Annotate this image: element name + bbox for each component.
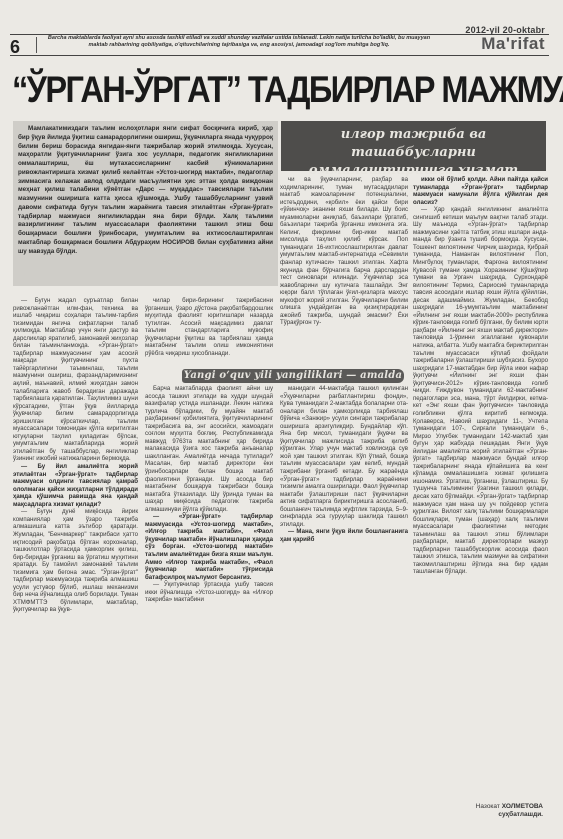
article-column-3-top: чи ва ўқувчиларнинг, раҳбар ва ходимлари… xyxy=(280,176,408,366)
header-divider xyxy=(36,37,37,53)
answer-paragraph: — Бугун жадал суръатлар билан ривожланаё… xyxy=(13,297,138,463)
article-column-2-bottom: Барча мактабларда фаолият айни шу асосда… xyxy=(145,385,273,839)
closing-question: — Мана, янги ўқув йили бошланганига ҳам … xyxy=(280,528,408,543)
newspaper-page: 2012-yil 20-oktabr 6 Barcha maktablarda … xyxy=(0,0,563,839)
question-paragraph: — Бу йил амалиётга жорий этилаётган «Ўрг… xyxy=(13,463,138,508)
byline-last-name: ХОЛМЕТОВА xyxy=(502,803,543,810)
body-paragraph: чи ва ўқувчиларнинг, раҳбар ва ходимлари… xyxy=(280,176,408,327)
article-subtitle: илғор тажриба ва ташаббусларни оммалашти… xyxy=(281,121,546,171)
article-lead: Мамлакатимиздаги таълим ислоҳотлари янги… xyxy=(13,121,278,286)
answer-paragraph: — Ўқитувчилар ўртасида ушбу тавсия икки … xyxy=(145,581,273,604)
page-number: 6 xyxy=(10,37,20,58)
byline-first-name: Назокат xyxy=(476,803,500,810)
body-paragraph: манидаги 44-мактабда ташкил қилинган «Ўқ… xyxy=(280,385,408,528)
body-paragraph: чилар бири-бирининг тажрибасини ўрганиши… xyxy=(145,297,273,357)
article-column-3-bottom: манидаги 44-мактабда ташкил қилинган «Ўқ… xyxy=(280,385,408,839)
subtitle-line-1: илғор тажриба ва ташаббусларни xyxy=(281,126,546,162)
article-column-4: икки ой бўлиб қолди. Айни пайтда қайси т… xyxy=(413,176,548,776)
question-paragraph: икки ой бўлиб қолди. Айни пайтда қайси т… xyxy=(413,176,548,206)
article-byline: Назокат ХОЛМЕТОВА суҳбатлашди. xyxy=(476,803,543,819)
header-quote: Barcha maktablarda faoliyat ayni shu aso… xyxy=(44,35,434,48)
body-paragraph: Барча мактабларда фаолият айни шу асосда… xyxy=(145,385,273,513)
answer-paragraph: — Ҳар қандай янгиликнинг амалиётга синги… xyxy=(413,206,548,576)
rubric-banner: Yangi o‘quv yili yangiliklari — amalda xyxy=(182,369,404,383)
answer-paragraph: — Бугун дунё миқёсида йирик компаниялар … xyxy=(13,508,138,614)
question-paragraph: — «Ўрган-ўргат» тадбирлар мажмуасида «Ус… xyxy=(145,513,273,581)
newspaper-brand: Ma'rifat xyxy=(481,34,545,54)
article-headline: “ЎРГАН-ЎРГАТ” ТАДБИРЛАР МАЖМУАСИ xyxy=(12,68,487,112)
article-column-1: — Бугун жадал суръатлар билан ривожланаё… xyxy=(13,297,138,837)
byline-role: суҳбатлашди. xyxy=(498,811,543,818)
article-column-2-top: чилар бири-бирининг тажрибасини ўрганиши… xyxy=(145,297,273,367)
